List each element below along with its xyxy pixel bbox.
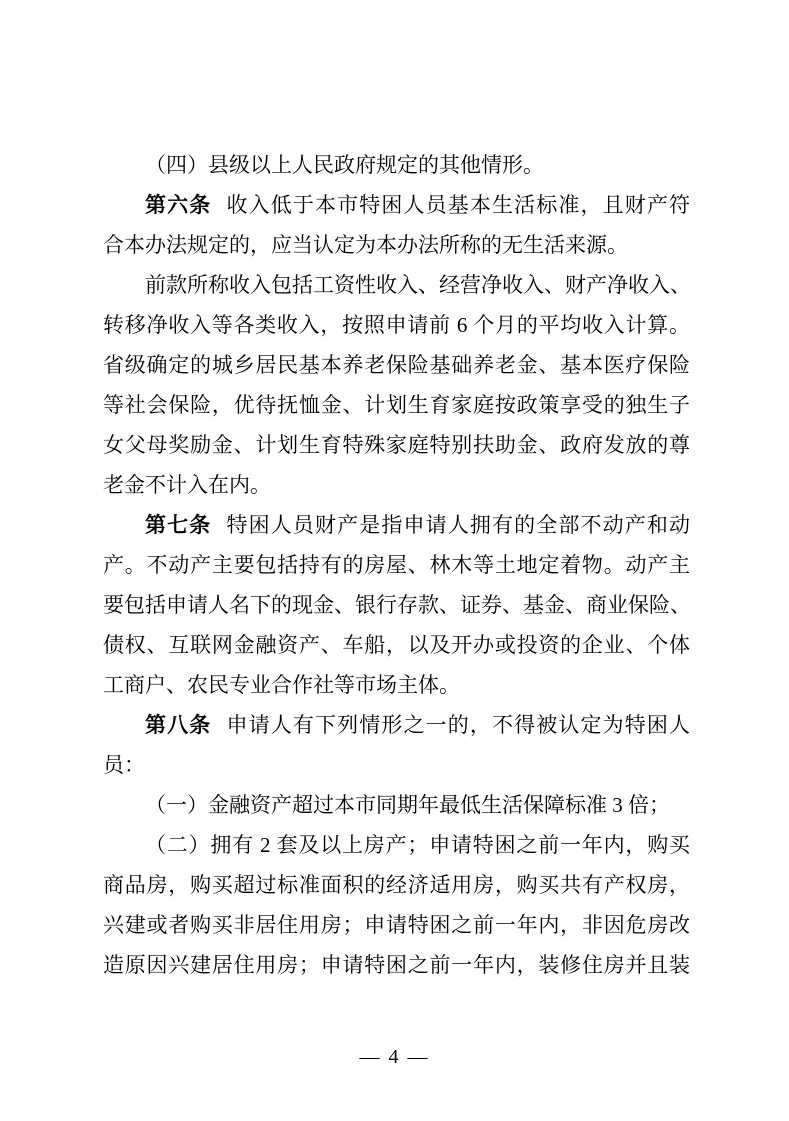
line-text: 工商户、农民专业合作社等市场主体。: [103, 673, 460, 697]
text-line: 要包括申请人名下的现金、银行存款、证券、基金、商业保险、: [103, 585, 690, 625]
line-text: 老金不计入在内。: [103, 473, 271, 497]
text-line: 女父母奖励金、计划生育特殊家庭特别扶助金、政府发放的尊: [103, 425, 690, 465]
article-number: 第七条: [145, 514, 211, 537]
line-text: 兴建或者购买非居住用房；申请特困之前一年内，非因危房改: [103, 913, 690, 937]
line-text: 省级确定的城乡居民基本养老保险基础养老金、基本医疗保险: [103, 353, 690, 377]
text-line: 员：: [103, 745, 690, 785]
line-text: 要包括申请人名下的现金、银行存款、证券、基金、商业保险、: [103, 593, 691, 617]
text-line: 等社会保险，优待抚恤金、计划生育家庭按政策享受的独生子: [103, 385, 690, 425]
line-text: 产。不动产主要包括持有的房屋、林木等土地定着物。动产主: [103, 553, 690, 577]
line-text: 转移净收入等各类收入，按照申请前 6 个月的平均收入计算。: [103, 313, 690, 337]
page-number: — 4 —: [0, 1042, 789, 1072]
line-text: 女父母奖励金、计划生育特殊家庭特别扶助金、政府发放的尊: [103, 433, 690, 457]
article-number: 第六条: [145, 194, 211, 217]
line-text: 等社会保险，优待抚恤金、计划生育家庭按政策享受的独生子: [103, 393, 690, 417]
text-line: 兴建或者购买非居住用房；申请特困之前一年内，非因危房改: [103, 905, 690, 945]
text-line: 前款所称收入包括工资性收入、经营净收入、财产净收入、: [103, 265, 690, 305]
line-text: 员：: [103, 753, 145, 777]
text-line: 第八条申请人有下列情形之一的，不得被认定为特困人: [103, 705, 690, 745]
line-text: 合本办法规定的，应当认定为本办法所称的无生活来源。: [103, 233, 628, 257]
text-line: 工商户、农民专业合作社等市场主体。: [103, 665, 690, 705]
text-line: 第七条特困人员财产是指申请人拥有的全部不动产和动: [103, 505, 690, 545]
line-text: （二）拥有 2 套及以上房产；申请特困之前一年内，购买: [145, 833, 690, 857]
text-line: 债权、互联网金融资产、车船，以及开办或投资的企业、个体: [103, 625, 690, 665]
line-text: 收入低于本市特困人员基本生活标准，且财产符: [227, 193, 691, 217]
line-text: 特困人员财产是指申请人拥有的全部不动产和动: [227, 513, 691, 537]
document-body: （四）县级以上人民政府规定的其他情形。 第六条收入低于本市特困人员基本生活标准，…: [103, 145, 690, 985]
line-text: （四）县级以上人民政府规定的其他情形。: [145, 153, 544, 177]
text-line: 省级确定的城乡居民基本养老保险基础养老金、基本医疗保险: [103, 345, 690, 385]
line-text: 商品房，购买超过标准面积的经济适用房，购买共有产权房，: [103, 873, 690, 897]
text-line: （一）金融资产超过本市同期年最低生活保障标准 3 倍；: [103, 785, 690, 825]
text-line: （四）县级以上人民政府规定的其他情形。: [103, 145, 690, 185]
document-page: （四）县级以上人民政府规定的其他情形。 第六条收入低于本市特困人员基本生活标准，…: [0, 0, 789, 1121]
text-line: （二）拥有 2 套及以上房产；申请特困之前一年内，购买: [103, 825, 690, 865]
text-line: 第六条收入低于本市特困人员基本生活标准，且财产符: [103, 185, 690, 225]
article-number: 第八条: [145, 714, 211, 737]
text-line: 造原因兴建居住用房；申请特困之前一年内，装修住房并且装: [103, 945, 690, 985]
text-line: 产。不动产主要包括持有的房屋、林木等土地定着物。动产主: [103, 545, 690, 585]
line-text: 前款所称收入包括工资性收入、经营净收入、财产净收入、: [145, 273, 691, 297]
text-line: 老金不计入在内。: [103, 465, 690, 505]
text-line: 商品房，购买超过标准面积的经济适用房，购买共有产权房，: [103, 865, 690, 905]
line-text: （一）金融资产超过本市同期年最低生活保障标准 3 倍；: [145, 793, 670, 817]
text-line: 合本办法规定的，应当认定为本办法所称的无生活来源。: [103, 225, 690, 265]
line-text: 造原因兴建居住用房；申请特困之前一年内，装修住房并且装: [103, 953, 690, 977]
line-text: 申请人有下列情形之一的，不得被认定为特困人: [227, 713, 691, 737]
line-text: 债权、互联网金融资产、车船，以及开办或投资的企业、个体: [103, 633, 690, 657]
text-line: 转移净收入等各类收入，按照申请前 6 个月的平均收入计算。: [103, 305, 690, 345]
